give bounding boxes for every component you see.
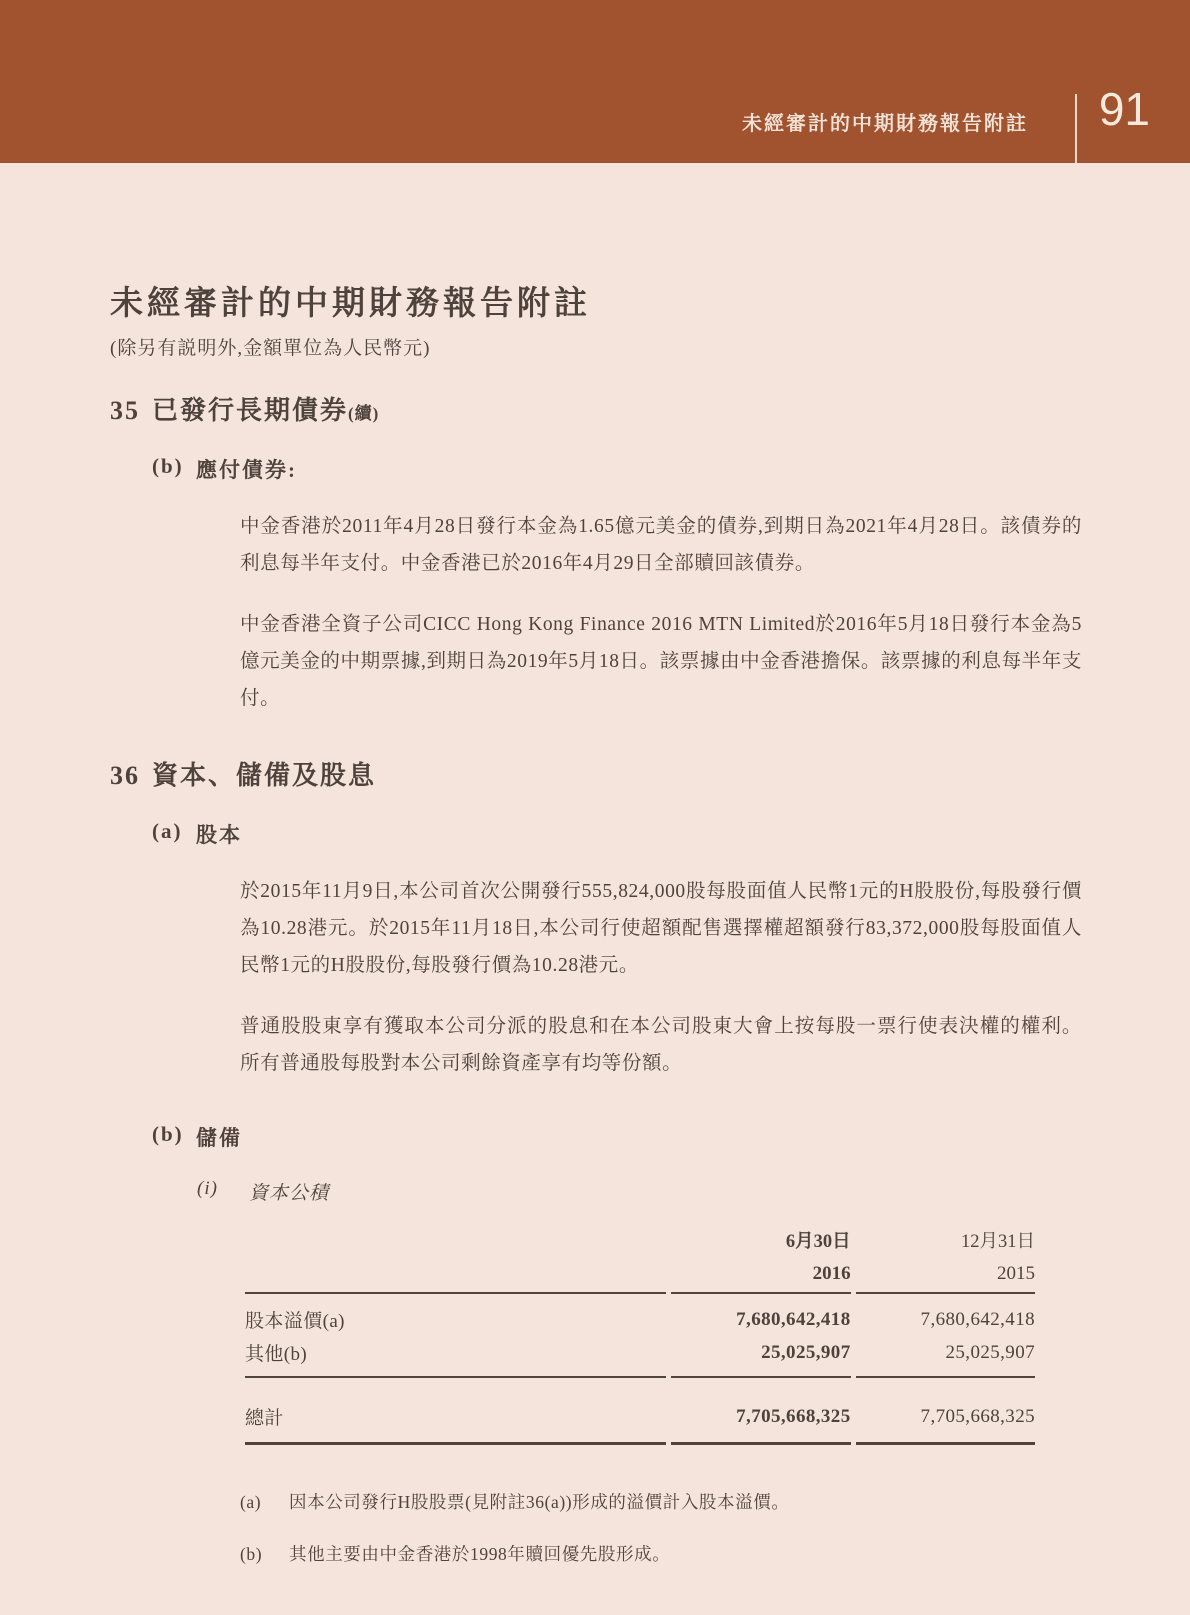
section-35-continued-marker: (續) (348, 399, 379, 424)
footnote-a-text: 因本公司發行H股股票(見附註36(a))形成的溢價計入股本溢價。 (289, 1489, 789, 1515)
table-row-total: 總計 7,705,668,325 7,705,668,325 (245, 1378, 1035, 1445)
row-label: 其他(b) (245, 1336, 666, 1378)
row-value-2016: 25,025,907 (671, 1336, 850, 1378)
section-36-title: 資本、儲備及股息 (152, 755, 376, 792)
column-header-date-2015: 12月31日 (856, 1219, 1035, 1253)
document-title: 未經審計的中期財務報告附註 (110, 277, 1082, 324)
row-label: 股本溢價(a) (245, 1294, 666, 1336)
table-header-years: 2016 2015 (245, 1253, 1035, 1294)
section-35b-title: 應付債券: (196, 454, 297, 484)
table-row-share-premium: 股本溢價(a) 7,680,642,418 7,680,642,418 (245, 1294, 1035, 1336)
total-value-2015: 7,705,668,325 (856, 1378, 1035, 1445)
section-36a-title: 股本 (196, 819, 242, 849)
section-35b-label: (b) (152, 454, 196, 484)
table-header-empty (245, 1253, 666, 1294)
section-35b-heading: (b) 應付債券: (152, 454, 1082, 484)
capital-reserve-table: 6月30日 12月31日 2016 2015 股本溢價(a) 7,680,642… (240, 1219, 1040, 1445)
column-header-date-2016: 6月30日 (671, 1219, 850, 1253)
section-36-number: 36 (110, 761, 152, 791)
column-header-year-2015: 2015 (856, 1253, 1035, 1294)
document-subtitle: (除另有説明外,金額單位為人民幣元) (110, 333, 1082, 360)
paragraph-ipo-shares: 於2015年11月9日,本公司首次公開發行555,824,000股每股面值人民幣… (240, 873, 1082, 984)
row-value-2016: 7,680,642,418 (671, 1294, 850, 1336)
section-36a-heading: (a) 股本 (152, 819, 1082, 849)
section-36a-label: (a) (152, 819, 196, 849)
section-36b-label: (b) (152, 1122, 196, 1152)
row-value-2015: 7,680,642,418 (856, 1294, 1035, 1336)
footnote-b: (b) 其他主要由中金香港於1998年贖回優先股形成。 (240, 1541, 1082, 1567)
total-label: 總計 (245, 1378, 666, 1445)
running-header-title: 未經審計的中期財務報告附註 (742, 107, 1028, 136)
report-page: 未經審計的中期財務報告附註 91 未經審計的中期財務報告附註 (除另有説明外,金… (0, 0, 1190, 1615)
section-35-heading: 35 已發行長期債券 (續) (110, 390, 1082, 427)
page-content: 未經審計的中期財務報告附註 (除另有説明外,金額單位為人民幣元) 35 已發行長… (0, 277, 1190, 1567)
section-35-title: 已發行長期債券 (152, 390, 348, 427)
paragraph-bond-2011: 中金香港於2011年4月28日發行本金為1.65億元美金的債券,到期日為2021… (240, 508, 1082, 582)
section-36-heading: 36 資本、儲備及股息 (110, 755, 1082, 792)
paragraph-mtn-2016: 中金香港全資子公司CICC Hong Kong Finance 2016 MTN… (240, 606, 1082, 717)
header-divider (1075, 94, 1077, 163)
section-36b-i-label: (i) (197, 1178, 249, 1205)
page-header-band: 未經審計的中期財務報告附註 91 (0, 0, 1190, 163)
total-value-2016: 7,705,668,325 (671, 1378, 850, 1445)
table-row-others: 其他(b) 25,025,907 25,025,907 (245, 1336, 1035, 1378)
section-35-number: 35 (110, 396, 152, 426)
section-36b-heading: (b) 儲備 (152, 1122, 1082, 1152)
table-header-empty (245, 1219, 666, 1253)
section-36b-i-heading: (i) 資本公積 (197, 1178, 1082, 1205)
footnote-a-label: (a) (240, 1489, 289, 1515)
row-value-2015: 25,025,907 (856, 1336, 1035, 1378)
section-36b-title: 儲備 (196, 1122, 242, 1152)
footnote-a: (a) 因本公司發行H股股票(見附註36(a))形成的溢價計入股本溢價。 (240, 1489, 1082, 1515)
page-number: 91 (1099, 86, 1150, 132)
column-header-year-2016: 2016 (671, 1253, 850, 1294)
footnote-b-text: 其他主要由中金香港於1998年贖回優先股形成。 (289, 1541, 670, 1567)
footnote-b-label: (b) (240, 1541, 289, 1567)
table-header-dates: 6月30日 12月31日 (245, 1219, 1035, 1253)
section-36b-i-title: 資本公積 (249, 1178, 329, 1205)
paragraph-ordinary-shareholders: 普通股股東享有獲取本公司分派的股息和在本公司股東大會上按每股一票行使表決權的權利… (240, 1008, 1082, 1082)
